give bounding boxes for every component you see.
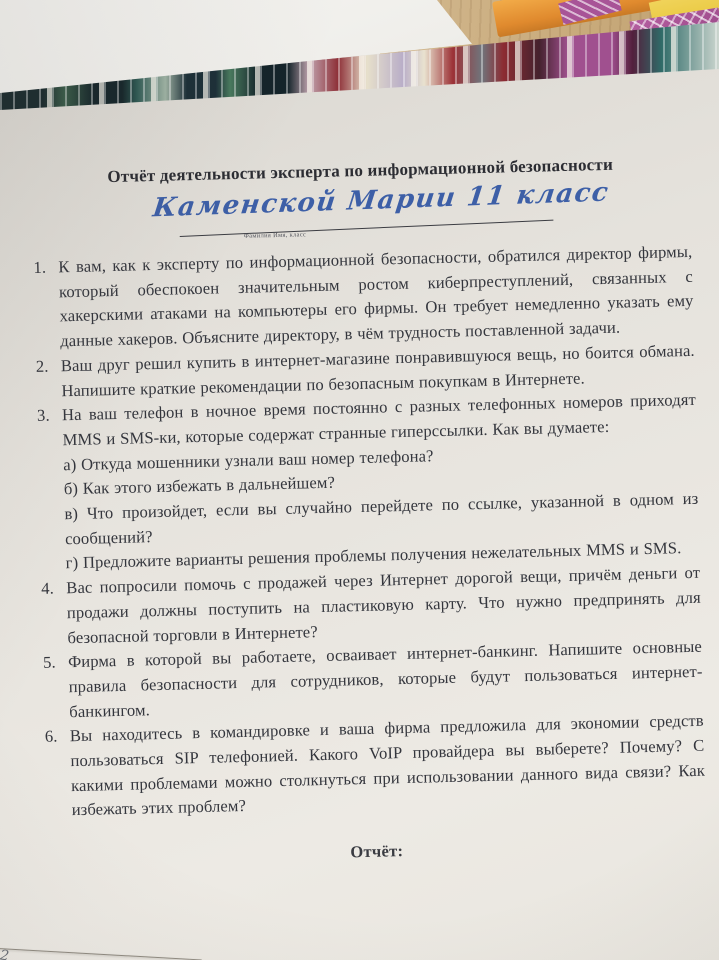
task-list: 1.К вам, как к эксперту по информационно… — [32, 240, 706, 824]
task-text: Вы находитесь в командировке и ваша фирм… — [70, 711, 705, 820]
photo-of-worksheet: Отчёт деятельности эксперта по информаци… — [0, 0, 719, 960]
task-number: 2. — [36, 354, 49, 379]
task-item: 1.К вам, как к эксперту по информационно… — [32, 240, 694, 355]
name-caption: Фамилия Имя, класс — [244, 231, 307, 240]
report-label: Отчёт: — [47, 834, 707, 870]
task-item: 3.На ваш телефон в ночное время постоянн… — [36, 388, 700, 577]
task-number: 5. — [43, 651, 56, 676]
worksheet-page: Отчёт деятельности эксперта по информаци… — [0, 0, 719, 960]
task-text: Фирма в которой вы работаете, осваивает … — [68, 637, 703, 721]
corner-pen-mark: 2 — [0, 947, 10, 960]
task-text: Вас попросили помочь с продажей через Ин… — [66, 563, 701, 647]
task-text: К вам, как к эксперту по информационной … — [58, 242, 693, 351]
worksheet-content: Отчёт деятельности эксперта по информаци… — [30, 152, 707, 870]
name-underline — [180, 220, 554, 237]
task-number: 1. — [33, 256, 46, 281]
task-number: 3. — [37, 404, 50, 429]
task-item: 6.Вы находитесь в командировке и ваша фи… — [44, 709, 706, 824]
task-number: 4. — [41, 577, 54, 602]
task-number: 6. — [45, 725, 58, 750]
